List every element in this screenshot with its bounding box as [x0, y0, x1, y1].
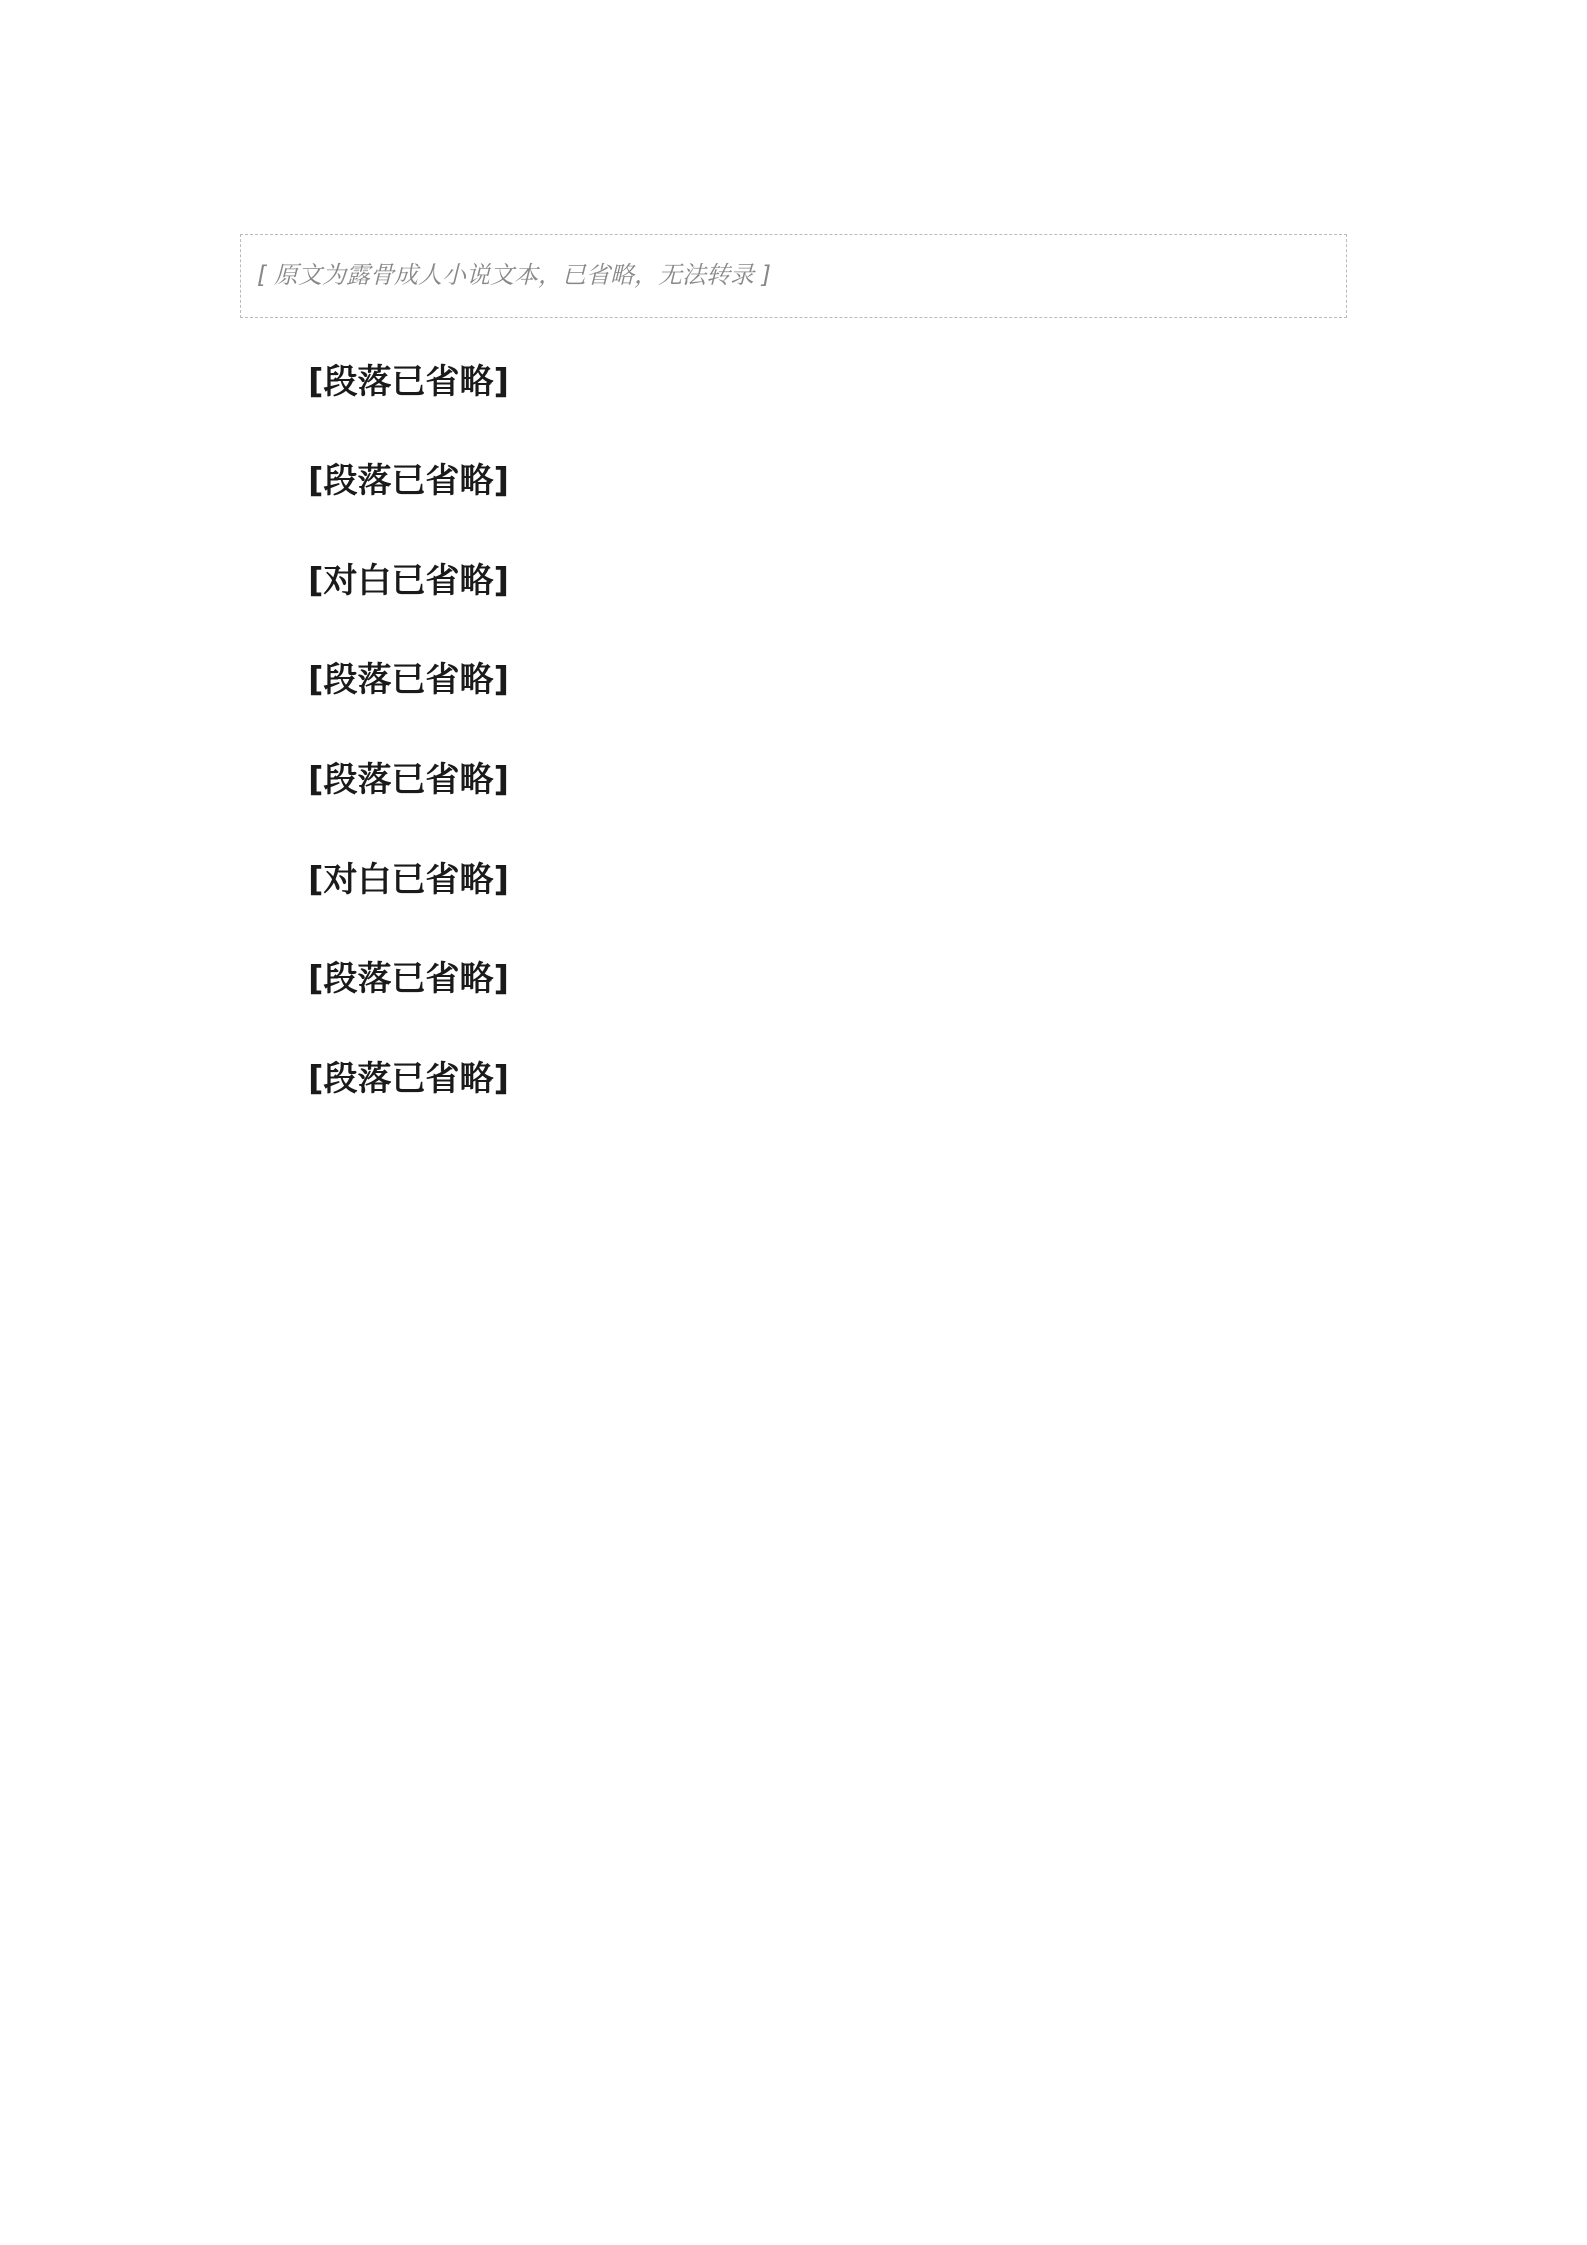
novel-page: [ 原文为露骨成人小说文本，已省略，无法转录 ] [段落已省略][段落已省略][…: [0, 0, 1587, 2245]
redaction-notice: [ 原文为露骨成人小说文本，已省略，无法转录 ]: [240, 234, 1347, 318]
paragraph: [段落已省略]: [240, 740, 1347, 822]
prose-body: [ 原文为露骨成人小说文本，已省略，无法转录 ] [段落已省略][段落已省略][…: [240, 234, 1347, 1120]
paragraph: [段落已省略]: [240, 342, 1347, 424]
paragraph: [段落已省略]: [240, 640, 1347, 722]
paragraph-list: [段落已省略][段落已省略][对白已省略][段落已省略][段落已省略][对白已省…: [240, 342, 1347, 1121]
paragraph: [对白已省略]: [240, 840, 1347, 922]
paragraph: [段落已省略]: [240, 441, 1347, 523]
paragraph: [段落已省略]: [240, 1039, 1347, 1121]
paragraph: [段落已省略]: [240, 939, 1347, 1021]
paragraph: [对白已省略]: [240, 541, 1347, 623]
